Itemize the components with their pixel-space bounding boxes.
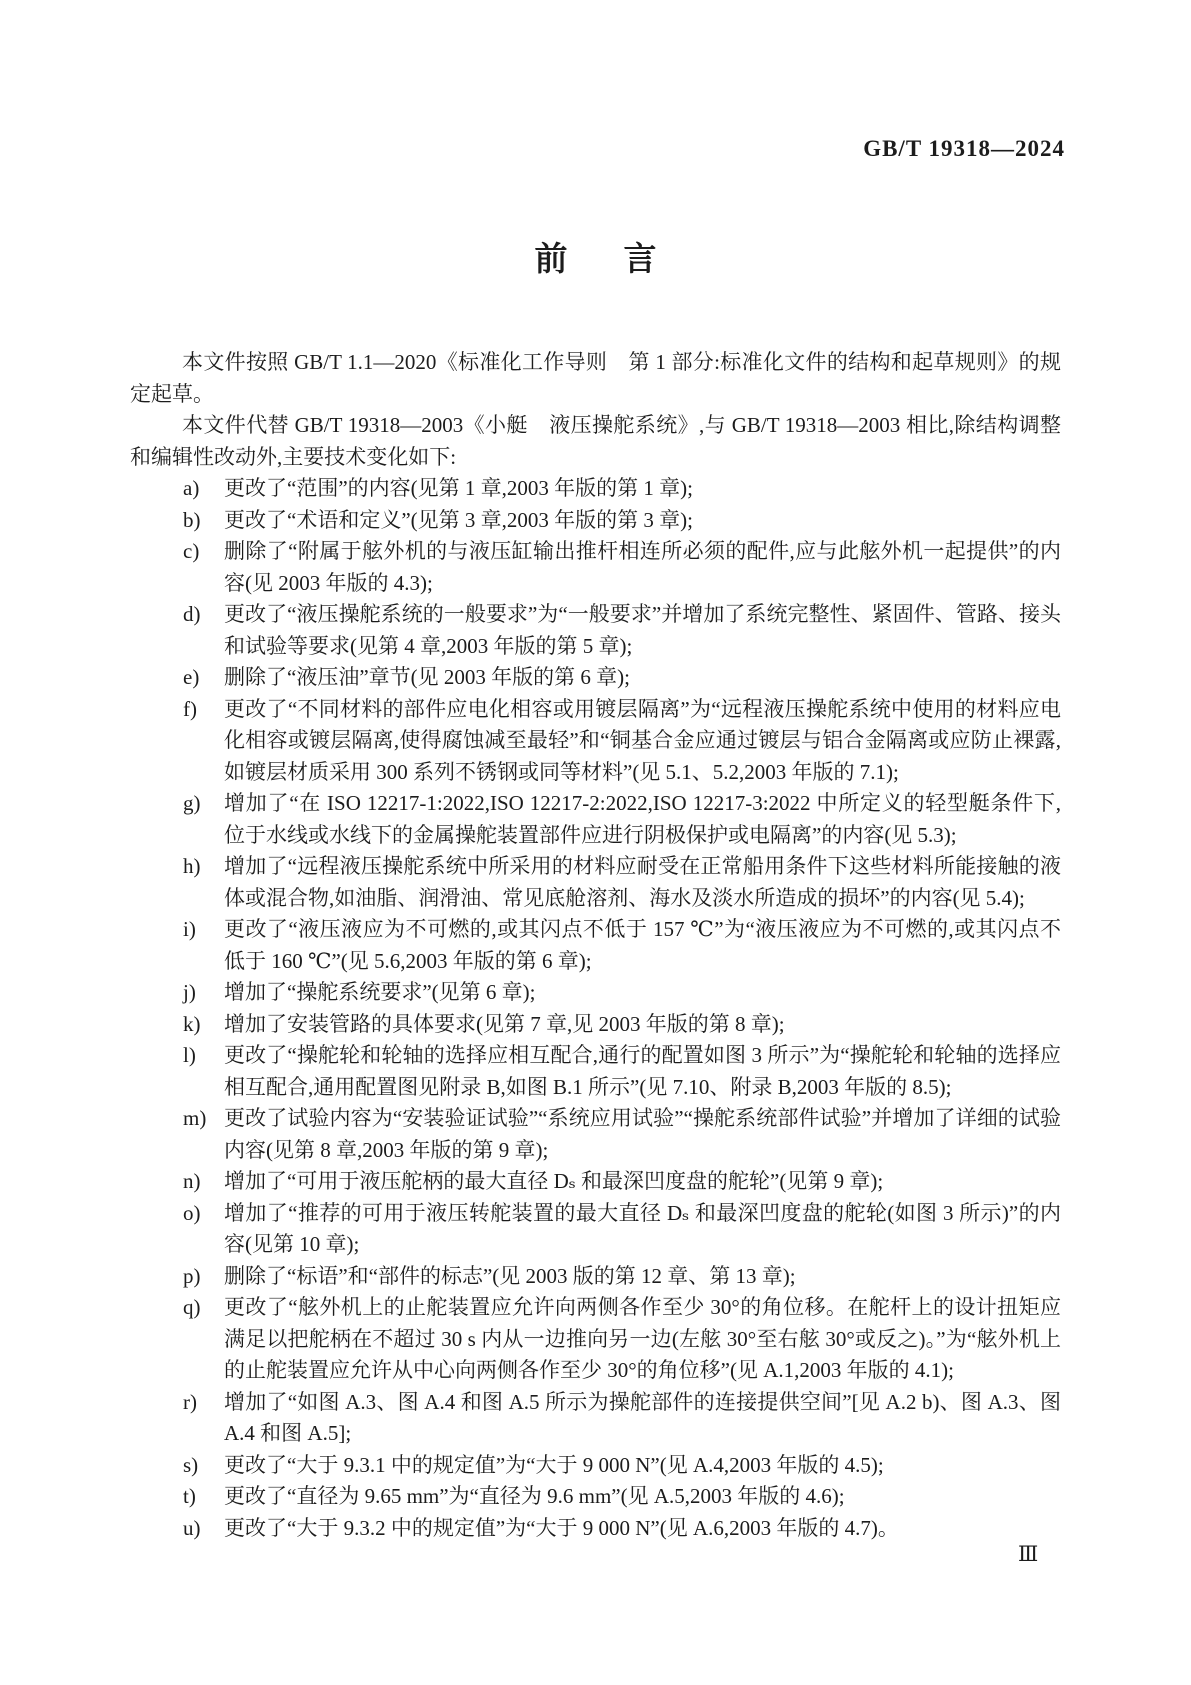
change-label: b) [183, 505, 201, 537]
change-item-q: q)更改了“舷外机上的止舵装置应允许向两侧各作至少 30°的角位移。在舵杆上的设… [130, 1292, 1061, 1387]
change-item-m: m)更改了试验内容为“安装验证试验”“系统应用试验”“操舵系统部件试验”并增加了… [130, 1103, 1061, 1166]
change-label: a) [183, 473, 199, 505]
change-text: 增加了“推荐的可用于液压转舵装置的最大直径 Dₛ 和最深凹度盘的舵轮(如图 3 … [224, 1201, 1061, 1257]
change-label: k) [183, 1009, 201, 1041]
change-text: 更改了“范围”的内容(见第 1 章,2003 年版的第 1 章); [224, 476, 693, 500]
change-label: q) [183, 1292, 201, 1324]
change-item-l: l)更改了“操舵轮和轮轴的选择应相互配合,通行的配置如图 3 所示”为“操舵轮和… [130, 1040, 1061, 1103]
change-item-o: o)增加了“推荐的可用于液压转舵装置的最大直径 Dₛ 和最深凹度盘的舵轮(如图 … [130, 1198, 1061, 1261]
change-label: t) [183, 1481, 196, 1513]
change-text: 增加了“操舵系统要求”(见第 6 章); [224, 980, 535, 1004]
page-number: Ⅲ [1018, 1540, 1038, 1568]
change-item-i: i)更改了“液压液应为不可燃的,或其闪点不低于 157 ℃”为“液压液应为不可燃… [130, 914, 1061, 977]
change-label: g) [183, 788, 201, 820]
change-text: 更改了试验内容为“安装验证试验”“系统应用试验”“操舵系统部件试验”并增加了详细… [224, 1106, 1061, 1162]
standard-number: GB/T 19318—2024 [863, 136, 1065, 162]
change-item-r: r)增加了“如图 A.3、图 A.4 和图 A.5 所示为操舵部件的连接提供空间… [130, 1387, 1061, 1450]
change-label: e) [183, 662, 199, 694]
change-label: h) [183, 851, 201, 883]
change-label: r) [183, 1387, 197, 1419]
change-label: f) [183, 694, 197, 726]
change-text: 更改了“操舵轮和轮轴的选择应相互配合,通行的配置如图 3 所示”为“操舵轮和轮轴… [224, 1043, 1061, 1099]
change-item-s: s)更改了“大于 9.3.1 中的规定值”为“大于 9 000 N”(见 A.4… [130, 1450, 1061, 1482]
change-text: 增加了“可用于液压舵柄的最大直径 Dₛ 和最深凹度盘的舵轮”(见第 9 章); [224, 1169, 883, 1193]
document-page: { "header": { "doc_number": "GB/T 19318—… [0, 0, 1191, 1685]
change-label: i) [183, 914, 196, 946]
change-text: 更改了“液压操舵系统的一般要求”为“一般要求”并增加了系统完整性、紧固件、管路、… [224, 602, 1061, 658]
change-text: 更改了“术语和定义”(见第 3 章,2003 年版的第 3 章); [224, 508, 693, 532]
change-item-u: u)更改了“大于 9.3.2 中的规定值”为“大于 9 000 N”(见 A.6… [130, 1513, 1061, 1545]
foreword-paragraph-2: 本文件代替 GB/T 19318—2003《小艇 液压操舵系统》,与 GB/T … [130, 410, 1061, 473]
change-item-d: d)更改了“液压操舵系统的一般要求”为“一般要求”并增加了系统完整性、紧固件、管… [130, 599, 1061, 662]
change-item-g: g)增加了“在 ISO 12217-1:2022,ISO 12217-2:202… [130, 788, 1061, 851]
title-char-yan: 言 [624, 240, 657, 280]
change-label: l) [183, 1040, 196, 1072]
change-label: j) [183, 977, 196, 1009]
change-item-c: c)删除了“附属于舷外机的与液压缸输出推杆相连所必须的配件,应与此舷外机一起提供… [130, 536, 1061, 599]
change-text: 更改了“直径为 9.65 mm”为“直径为 9.6 mm”(见 A.5,2003… [224, 1484, 845, 1508]
change-label: n) [183, 1166, 201, 1198]
change-text: 删除了“附属于舷外机的与液压缸输出推杆相连所必须的配件,应与此舷外机一起提供”的… [224, 539, 1061, 595]
foreword-paragraph-1: 本文件按照 GB/T 1.1—2020《标准化工作导则 第 1 部分:标准化文件… [130, 347, 1061, 410]
change-label: p) [183, 1261, 201, 1293]
change-text: 更改了“液压液应为不可燃的,或其闪点不低于 157 ℃”为“液压液应为不可燃的,… [224, 917, 1061, 973]
change-label: d) [183, 599, 201, 631]
foreword-body: 本文件按照 GB/T 1.1—2020《标准化工作导则 第 1 部分:标准化文件… [130, 347, 1061, 1544]
change-item-e: e)删除了“液压油”章节(见 2003 年版的第 6 章); [130, 662, 1061, 694]
change-text: 删除了“液压油”章节(见 2003 年版的第 6 章); [224, 665, 630, 689]
change-text: 增加了“远程液压操舵系统中所采用的材料应耐受在正常船用条件下这些材料所能接触的液… [224, 854, 1061, 910]
change-item-k: k)增加了安装管路的具体要求(见第 7 章,见 2003 年版的第 8 章); [130, 1009, 1061, 1041]
change-label: s) [183, 1450, 198, 1482]
change-item-a: a)更改了“范围”的内容(见第 1 章,2003 年版的第 1 章); [130, 473, 1061, 505]
change-item-p: p)删除了“标语”和“部件的标志”(见 2003 版的第 12 章、第 13 章… [130, 1261, 1061, 1293]
change-text: 增加了“在 ISO 12217-1:2022,ISO 12217-2:2022,… [224, 791, 1061, 847]
change-item-j: j)增加了“操舵系统要求”(见第 6 章); [130, 977, 1061, 1009]
change-text: 增加了“如图 A.3、图 A.4 和图 A.5 所示为操舵部件的连接提供空间”[… [224, 1390, 1061, 1446]
changes-list: a)更改了“范围”的内容(见第 1 章,2003 年版的第 1 章); b)更改… [130, 473, 1061, 1544]
change-label: o) [183, 1198, 201, 1230]
change-text: 增加了安装管路的具体要求(见第 7 章,见 2003 年版的第 8 章); [224, 1012, 785, 1036]
change-item-f: f)更改了“不同材料的部件应电化相容或用镀层隔离”为“远程液压操舵系统中使用的材… [130, 694, 1061, 789]
change-text: 更改了“不同材料的部件应电化相容或用镀层隔离”为“远程液压操舵系统中使用的材料应… [224, 697, 1061, 784]
change-text: 更改了“舷外机上的止舵装置应允许向两侧各作至少 30°的角位移。在舵杆上的设计扭… [224, 1295, 1061, 1382]
page-title: 前言 [0, 240, 1191, 280]
change-label: u) [183, 1513, 201, 1545]
title-char-qian: 前 [535, 240, 568, 280]
change-label: c) [183, 536, 199, 568]
change-item-b: b)更改了“术语和定义”(见第 3 章,2003 年版的第 3 章); [130, 505, 1061, 537]
change-item-h: h)增加了“远程液压操舵系统中所采用的材料应耐受在正常船用条件下这些材料所能接触… [130, 851, 1061, 914]
change-text: 更改了“大于 9.3.1 中的规定值”为“大于 9 000 N”(见 A.4,2… [224, 1453, 884, 1477]
change-label: m) [183, 1103, 206, 1135]
change-item-t: t)更改了“直径为 9.65 mm”为“直径为 9.6 mm”(见 A.5,20… [130, 1481, 1061, 1513]
change-text: 更改了“大于 9.3.2 中的规定值”为“大于 9 000 N”(见 A.6,2… [224, 1516, 899, 1540]
change-item-n: n)增加了“可用于液压舵柄的最大直径 Dₛ 和最深凹度盘的舵轮”(见第 9 章)… [130, 1166, 1061, 1198]
change-text: 删除了“标语”和“部件的标志”(见 2003 版的第 12 章、第 13 章); [224, 1264, 796, 1288]
